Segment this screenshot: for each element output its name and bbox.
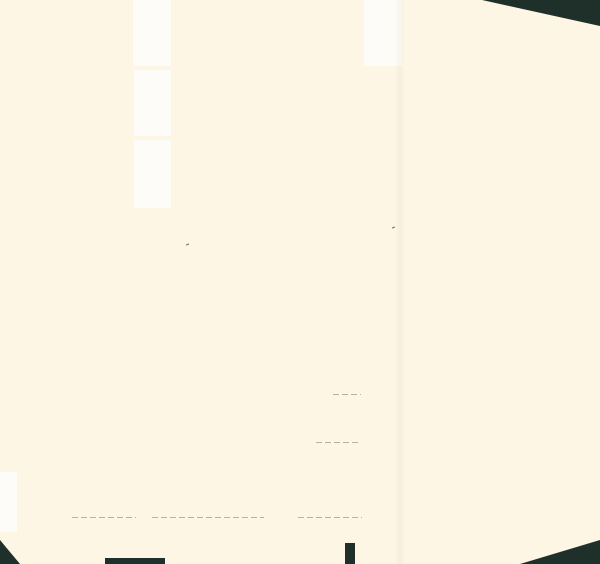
faint-rule <box>152 517 264 518</box>
scan-shadow <box>345 543 355 564</box>
speck <box>392 226 395 228</box>
tape-patch <box>134 70 171 136</box>
faint-rule <box>298 517 362 518</box>
speck <box>186 243 189 245</box>
tape-patch <box>133 0 171 66</box>
tape-patch <box>364 0 402 66</box>
scanned-page <box>0 0 600 564</box>
faint-rule <box>72 517 136 518</box>
tape-patch <box>0 472 17 532</box>
scan-shadow <box>105 558 165 564</box>
tape-patch <box>134 140 171 208</box>
faint-rule <box>316 442 360 443</box>
faint-rule <box>333 394 361 395</box>
